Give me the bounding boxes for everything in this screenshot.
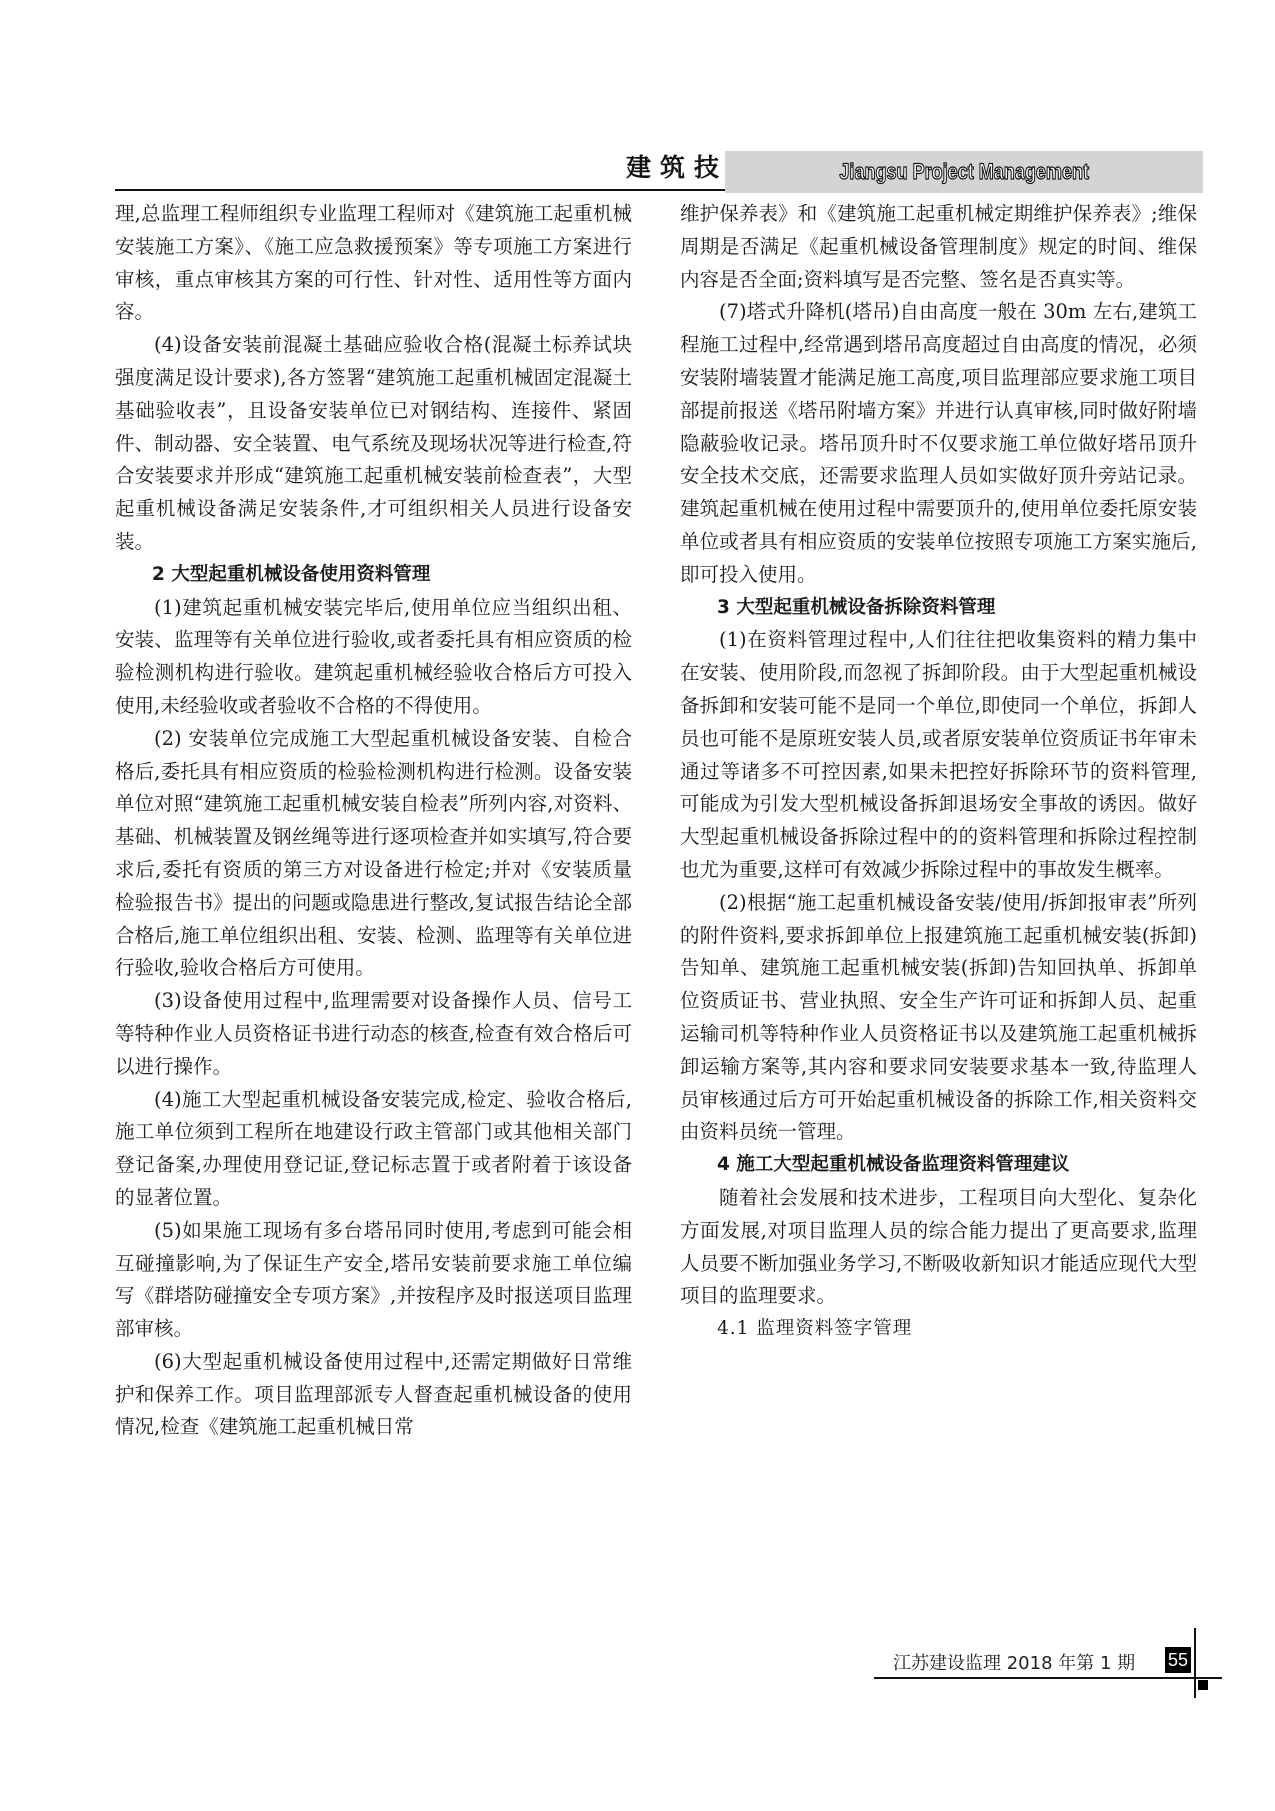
subsection-heading: 4.1 监理资料签字管理 <box>680 1313 1197 1346</box>
section-heading: 4 施工大型起重机械设备监理资料管理建议 <box>680 1149 1197 1182</box>
journal-banner: Jiangsu Project Management <box>725 151 1203 193</box>
paragraph: (1)在资料管理过程中,人们往往把收集资料的精力集中在安装、使用阶段,而忽视了拆… <box>680 624 1197 886</box>
paragraph: (4)施工大型起重机械设备安装完成,检定、验收合格后,施工单位须到工程所在地建设… <box>115 1084 632 1215</box>
paragraph: 维护保养表》和《建筑施工起重机械定期维护保养表》;维保周期是否满足《起重机械设备… <box>680 198 1197 296</box>
paragraph: 随着社会发展和技术进步，工程项目向大型化、复杂化方面发展,对项目监理人员的综合能… <box>680 1182 1197 1313</box>
paragraph: (6)大型起重机械设备使用过程中,还需定期做好日常维护和保养工作。项目监理部派专… <box>115 1346 632 1444</box>
section-heading: 2 大型起重机械设备使用资料管理 <box>115 559 632 592</box>
paragraph: (7)塔式升降机(塔吊)自由高度一般在 30m 左右,建筑工程施工过程中,经常遇… <box>680 296 1197 591</box>
paragraph: (2) 安装单位完成施工大型起重机械设备安装、自检合格后,委托具有相应资质的检验… <box>115 723 632 985</box>
paragraph: (5)如果施工现场有多台塔吊同时使用,考虑到可能会相互碰撞影响,为了保证生产安全… <box>115 1215 632 1346</box>
paragraph: (2)根据“施工起重机械设备安装/使用/拆卸报审表”所列的附件资料,要求拆卸单位… <box>680 887 1197 1149</box>
left-column: 理,总监理工程师组织专业监理工程师对《建筑施工起重机械安装施工方案》、《施工应急… <box>115 198 632 1444</box>
paragraph: (1)建筑起重机械安装完毕后,使用单位应当组织出租、安装、监理等有关单位进行验收… <box>115 592 632 723</box>
right-column: 维护保养表》和《建筑施工起重机械定期维护保养表》;维保周期是否满足《起重机械设备… <box>680 198 1197 1346</box>
paragraph: (4)设备安装前混凝土基础应验收合格(混凝土标养试块强度满足设计要求),各方签署… <box>115 329 632 559</box>
footer-square-mark <box>1198 1680 1208 1690</box>
header-rule <box>115 189 727 191</box>
footer-crop-mark <box>1194 1628 1196 1698</box>
footer-rule <box>874 1677 1222 1679</box>
page-number: 55 <box>1165 1647 1191 1673</box>
journal-english-title: Jiangsu Project Management <box>839 159 1089 185</box>
section-heading: 3 大型起重机械设备拆除资料管理 <box>680 592 1197 625</box>
journal-issue: 江苏建设监理 2018 年第 1 期 <box>893 1649 1135 1675</box>
paragraph: (3)设备使用过程中,监理需要对设备操作人员、信号工等特种作业人员资格证书进行动… <box>115 985 632 1083</box>
paragraph: 理,总监理工程师组织专业监理工程师对《建筑施工起重机械安装施工方案》、《施工应急… <box>115 198 632 329</box>
